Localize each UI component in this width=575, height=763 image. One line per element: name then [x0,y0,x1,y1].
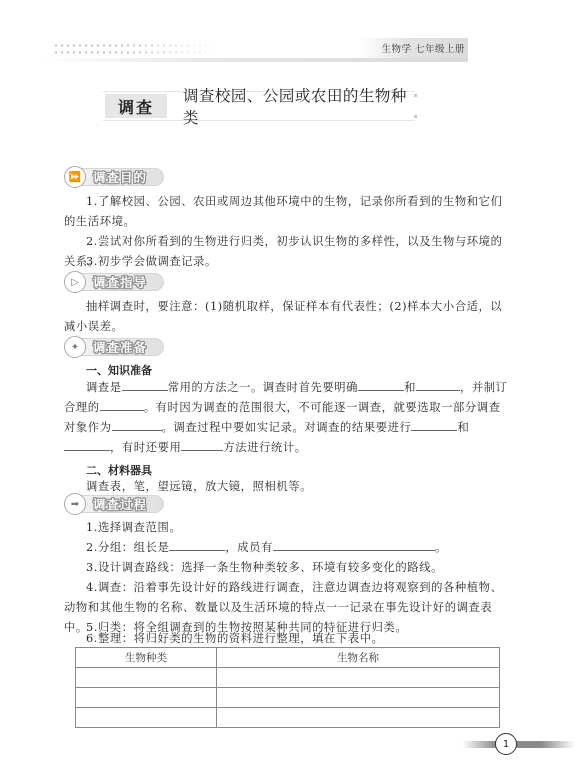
process-step-2: 2.分组：组长是，成员有。 [64,538,510,558]
table-cell-name[interactable] [217,688,500,708]
table-header-row: 生物种类 生物名称 [76,648,500,668]
header-rule [40,58,468,62]
table-cell-category[interactable] [76,688,217,708]
header-dots-decoration [53,44,223,47]
table-cell-name[interactable] [217,708,500,728]
fill-blank[interactable] [411,418,457,431]
purpose-item-3: 3.初步学会做调查记录。 [64,252,510,272]
fill-blank[interactable] [181,438,223,451]
section-label: 调查准备 [93,338,147,356]
group-leader-blank[interactable] [169,538,225,551]
four-point-star-icon: ✦ [64,336,86,358]
fill-blank[interactable] [112,418,162,431]
table-cell-name[interactable] [217,668,500,688]
text-fragment: 和 [457,421,469,434]
page-title: 调查校园、公园或农田的生物种类 [183,84,415,128]
fill-blank[interactable] [122,378,168,391]
purpose-item-1: 1.了解校园、公园、农田或周边其他环境中的生物，记录你所看到的生物和它们的生活环… [64,192,510,232]
fill-blank[interactable] [64,438,110,451]
page-number-bar [462,741,575,748]
section-heading-process: ➡ 调查过程 [64,493,162,515]
text-fragment: 。 [435,541,447,554]
section-heading-guidance: ▷ 调查指导 [64,271,162,293]
subheading-materials: 二、材料器具 [86,462,152,478]
title-tag: 调查 [105,94,167,118]
process-step-3: 3.设计调查路线：选择一条生物种类较多、环境有较多变化的路线。 [64,558,510,578]
members-blank[interactable] [273,538,435,551]
section-label: 调查过程 [93,495,147,513]
column-header-category: 生物种类 [76,648,217,668]
text-fragment: ，成员有 [225,541,273,554]
page-title-bar: 调查 调查校园、公园或农田的生物种类 [103,91,415,121]
arrow-right-icon: ➡ [64,493,86,515]
survey-table: 生物种类 生物名称 [75,647,500,728]
section-label: 调查目的 [93,168,147,186]
text-fragment: ，有时还要用 [110,441,181,454]
corner-mark [414,94,417,97]
page-number: 1 [495,733,517,755]
subheading-knowledge: 一、知识准备 [86,362,152,378]
double-arrow-icon: ⏩ [64,166,86,188]
fill-blank[interactable] [416,378,460,391]
knowledge-paragraph: 调查是常用的方法之一。调查时首先要明确和，并制订合理的。有时因为调查的范围很大，… [64,378,510,458]
text-fragment: 调查是 [86,381,122,394]
guidance-text: 抽样调查时，要注意：(1)随机取样，保证样本有代表性；(2)样本大小合适，以减小… [64,297,510,337]
play-triangle-icon: ▷ [64,271,86,293]
section-label: 调查指导 [93,273,147,291]
text-fragment: 2.分组：组长是 [86,541,169,554]
table-cell-category[interactable] [76,708,217,728]
text-fragment: 和 [404,381,416,394]
table-row [76,668,500,688]
book-tag: 生物学 七年级上册 [360,38,468,58]
text-fragment: 常用的方法之一。调查时首先要明确 [168,381,358,394]
table-cell-category[interactable] [76,668,217,688]
fill-blank[interactable] [358,378,404,391]
text-fragment: 方法进行统计。 [223,441,306,454]
header-dots-decoration [53,51,223,54]
table-row [76,708,500,728]
section-heading-purpose: ⏩ 调查目的 [64,166,162,188]
section-heading-preparation: ✦ 调查准备 [64,336,162,358]
text-fragment: 。调查过程中要如实记录。对调查的结果要进行 [162,421,412,434]
column-header-name: 生物名称 [217,648,500,668]
process-step-6: 6.整理：将归好类的生物的资料进行整理，填在下表中。 [64,629,510,649]
process-step-1: 1.选择调查范围。 [64,518,510,538]
table-row [76,688,500,708]
corner-mark [414,115,417,118]
fill-blank[interactable] [100,398,144,411]
